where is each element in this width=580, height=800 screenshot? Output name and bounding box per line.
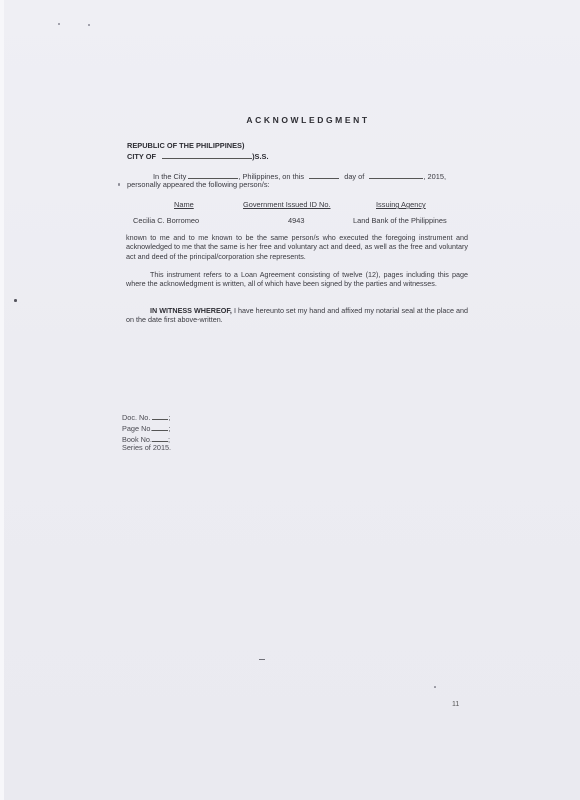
venue-republic: REPUBLIC OF THE PHILIPPINES) <box>127 141 244 150</box>
intro-day-of: day of <box>344 172 364 181</box>
scanned-page: ACKNOWLEDGMENT REPUBLIC OF THE PHILIPPIN… <box>0 0 580 800</box>
paragraph-instrument-text: This instrument refers to a Loan Agreeme… <box>126 270 468 288</box>
page-no-label: Page No. <box>122 424 152 433</box>
scan-speck <box>14 299 17 302</box>
series-line: Series of 2015. <box>122 444 171 453</box>
day-blank <box>309 171 339 179</box>
table-header-id: Government Issued ID No. <box>243 200 331 209</box>
table-header-name: Name <box>174 200 194 209</box>
book-no-blank <box>152 434 168 442</box>
scan-speck <box>118 183 120 186</box>
doc-no-line: Doc. No. ; <box>122 412 171 423</box>
table-cell-name: Cecilia C. Borromeo <box>133 216 199 225</box>
page-no-blank <box>152 423 168 431</box>
page-no-line: Page No.; <box>122 423 171 434</box>
intro-line-2: personally appeared the following person… <box>127 180 270 189</box>
book-no-label: Book No. <box>122 435 152 444</box>
paragraph-known: known to me and to me known to be the sa… <box>126 233 468 261</box>
document-title: ACKNOWLEDGMENT <box>0 115 580 125</box>
paragraph-witness: IN WITNESS WHEREOF, I have hereunto set … <box>126 306 468 325</box>
doc-no-blank <box>152 412 168 420</box>
scan-mark <box>259 659 265 660</box>
paragraph-instrument: This instrument refers to a Loan Agreeme… <box>126 270 468 289</box>
intro-year: , 2015, <box>423 172 446 181</box>
city-name-blank <box>188 171 238 179</box>
table-header-agency: Issuing Agency <box>376 200 426 209</box>
scan-speck <box>434 686 436 688</box>
table-cell-id: 4943 <box>288 216 304 225</box>
venue-city-label: CITY OF <box>127 152 156 161</box>
notarial-register: Doc. No. ; Page No.; Book No.; Series of… <box>122 412 171 453</box>
city-blank <box>162 151 252 159</box>
page-number: 11 <box>452 701 459 708</box>
scan-speck <box>88 24 90 26</box>
month-blank <box>369 171 423 179</box>
doc-no-label: Doc. No. <box>122 413 150 422</box>
venue-city: CITY OF )S.S. <box>127 151 269 161</box>
witness-heading: IN WITNESS WHEREOF, <box>150 306 232 315</box>
table-cell-agency: Land Bank of the Philippines <box>353 216 447 225</box>
scan-speck <box>58 23 60 25</box>
venue-ss: )S.S. <box>252 152 268 161</box>
